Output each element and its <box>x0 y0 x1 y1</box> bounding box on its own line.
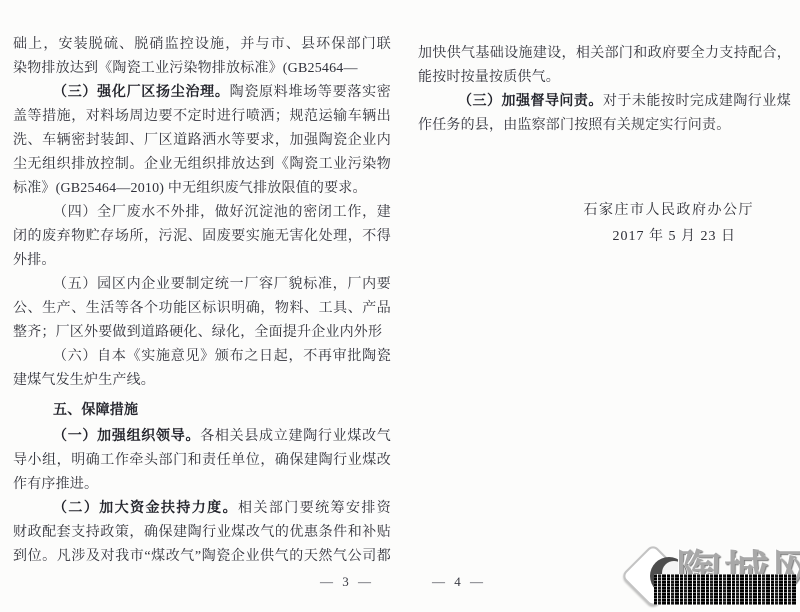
text-line: （六）自本《实施意见》颁布之日起，不再审批陶瓷企业新 <box>13 345 391 369</box>
line-text: 染物排放达到《陶瓷工业污染物排放标准》(GB25464—2010)。 <box>13 61 358 81</box>
text-line: （二）加大资金扶持力度。相关部门要统筹安排资金，制定 <box>13 497 391 521</box>
text-line: 到位。凡涉及对我市“煤改气”陶瓷企业供气的天然气公司都要 <box>13 545 391 569</box>
line-text: （四）全厂废水不外排，做好沉淀池的密闭工作，建立全封 <box>13 205 391 225</box>
heading-text: 五、保障措施 <box>53 403 138 418</box>
line-text: 标准》(GB25464—2010) 中无组织废气排放限值的要求。 <box>13 181 367 196</box>
text-line: 标准》(GB25464—2010) 中无组织废气排放限值的要求。 <box>13 177 391 201</box>
page-left-column: 础上，安装脱硫、脱硝监控设施，并与市、县环保部门联网，污 染物排放达到《陶瓷工业… <box>13 33 391 569</box>
line-text: 到位。凡涉及对我市“煤改气”陶瓷企业供气的天然气公司都要 <box>13 549 391 569</box>
text-line: 础上，安装脱硫、脱硝监控设施，并与市、县环保部门联网，污 <box>13 33 391 57</box>
line-text: 洗、车辆密封装卸、厂区道路洒水等要求，加强陶瓷企业内部扬 <box>13 133 391 153</box>
bold-lead: （三）加强督导问责。 <box>458 94 603 109</box>
page-number-4: — 4 — <box>432 574 486 590</box>
page-right-column: 加快供气基础设施建设，相关部门和政府要全力支持配合，确保 能按时按量按质供气。 … <box>418 42 791 138</box>
line-text: 作有序推进。 <box>13 477 98 492</box>
bold-lead: （二）加大资金扶持力度。 <box>53 501 238 516</box>
line-text: 建煤气发生炉生产线。 <box>13 373 155 388</box>
text-line: 建煤气发生炉生产线。 <box>13 369 391 393</box>
document-date: 2017 年 5 月 23 日 <box>613 225 737 245</box>
text-line: 财政配套支持政策，确保建陶行业煤改气的优惠条件和补贴落实 <box>13 521 391 545</box>
line-text: 作任务的县，由监察部门按照有关规定实行问责。 <box>418 118 730 133</box>
barcode-noise-band <box>654 574 796 605</box>
issuing-office-signature: 石家庄市人民政府办公厅 <box>584 199 755 219</box>
line-text: 公、生产、生活等各个功能区标识明确，物料、工具、产品码放 <box>13 301 391 321</box>
text-line: 整齐；厂区外要做到道路硬化、绿化，全面提升企业内外形象。 <box>13 321 391 345</box>
scanned-document: 础上，安装脱硫、脱硝监控设施，并与市、县环保部门联网，污 染物排放达到《陶瓷工业… <box>0 0 800 612</box>
line-text: 础上，安装脱硫、脱硝监控设施，并与市、县环保部门联网，污 <box>13 37 391 57</box>
text-line: （三）加强督导问责。对于未能按时完成建陶行业煤改气工 <box>418 90 791 114</box>
section-heading: 五、保障措施 <box>13 399 391 423</box>
text-line: 外排。 <box>13 249 391 273</box>
text-line: 作任务的县，由监察部门按照有关规定实行问责。 <box>418 114 791 138</box>
bold-lead: （一）加强组织领导。 <box>53 429 200 444</box>
text-line: 导小组，明确工作牵头部门和责任单位，确保建陶行业煤改气工 <box>13 449 391 473</box>
text-line: 染物排放达到《陶瓷工业污染物排放标准》(GB25464—2010)。 <box>13 57 391 81</box>
text-line: 作有序推进。 <box>13 473 391 497</box>
line-text: 整齐；厂区外要做到道路硬化、绿化，全面提升企业内外形象。 <box>13 325 382 345</box>
watermark: 陶城网 <box>626 545 800 609</box>
line-text: 能按时按量按质供气。 <box>418 70 560 85</box>
line-text: （五）园区内企业要制定统一厂容厂貌标准，厂内要做到办 <box>13 277 391 297</box>
text-line: （四）全厂废水不外排，做好沉淀池的密闭工作，建立全封 <box>13 201 391 225</box>
bold-lead: （三）强化厂区扬尘治理。 <box>53 85 230 100</box>
line-text: 闭的废弃物贮存场所，污泥、固废要实施无害化处理，不得 <box>13 229 391 244</box>
text-line: 尘无组织排放控制。企业无组织排放达到《陶瓷工业污染物排放 <box>13 153 391 177</box>
text-line: 洗、车辆密封装卸、厂区道路洒水等要求，加强陶瓷企业内部扬 <box>13 129 391 153</box>
line-text: 加快供气基础设施建设，相关部门和政府要全力支持配合，确保 <box>418 46 791 66</box>
text-line: 闭的废弃物贮存场所，污泥、固废要实施无害化处理，不得 <box>13 225 391 249</box>
text-line: 能按时按量按质供气。 <box>418 66 791 90</box>
line-text: 尘无组织排放控制。企业无组织排放达到《陶瓷工业污染物排放 <box>13 157 391 177</box>
line-text: 财政配套支持政策，确保建陶行业煤改气的优惠条件和补贴落实 <box>13 525 391 545</box>
text-line: 公、生产、生活等各个功能区标识明确，物料、工具、产品码放 <box>13 297 391 321</box>
text-line: （三）强化厂区扬尘治理。陶瓷原料堆场等要落实密闭、遮 <box>13 81 391 105</box>
text-line: 盖等措施，对料场周边要不定时进行喷洒；规范运输车辆出厂冲 <box>13 105 391 129</box>
line-text: 外排。 <box>13 253 56 268</box>
text-line: （一）加强组织领导。各相关县成立建陶行业煤改气工作领 <box>13 425 391 449</box>
line-text: （六）自本《实施意见》颁布之日起，不再审批陶瓷企业新 <box>13 349 391 369</box>
text-line: 加快供气基础设施建设，相关部门和政府要全力支持配合，确保 <box>418 42 791 66</box>
line-text: 盖等措施，对料场周边要不定时进行喷洒；规范运输车辆出厂冲 <box>13 109 391 129</box>
text-line: （五）园区内企业要制定统一厂容厂貌标准，厂内要做到办 <box>13 273 391 297</box>
page-number-3: — 3 — <box>320 574 374 590</box>
line-text: 导小组，明确工作牵头部门和责任单位，确保建陶行业煤改气工 <box>13 453 391 473</box>
